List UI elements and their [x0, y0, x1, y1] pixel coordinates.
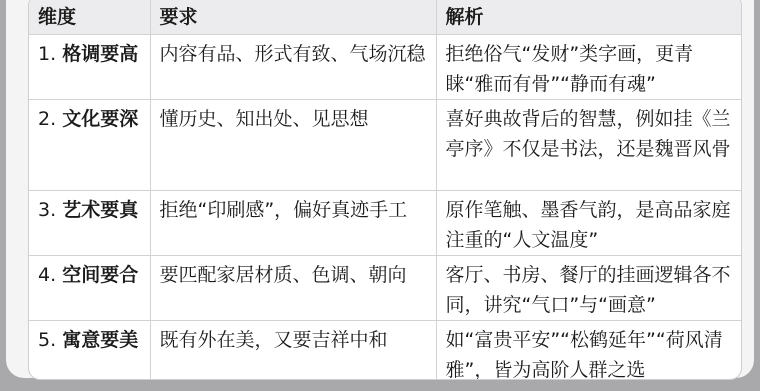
analysis-cell: 原作笔触、墨香气韵，是高品家庭注重的“人文温度”	[436, 191, 741, 256]
dimension-label: 艺术要真	[62, 199, 138, 221]
dimension-cell: 4. 空间要合	[29, 256, 150, 321]
row-number: 2.	[38, 108, 56, 130]
header-analysis: 解析	[436, 0, 741, 35]
header-row: 维度 要求 解析	[29, 0, 741, 35]
table-card: 维度 要求 解析 1. 格调要高 内容有品、形式有致、气场沉稳 拒绝俗气“发财”…	[28, 0, 742, 380]
dimension-label: 寓意要美	[62, 329, 138, 351]
dimension-cell: 2. 文化要深	[29, 100, 150, 191]
requirement-cell: 内容有品、形式有致、气场沉稳	[150, 35, 436, 100]
dimension-cell: 5. 寓意要美	[29, 321, 150, 381]
row-number: 3.	[38, 199, 56, 221]
criteria-table: 维度 要求 解析 1. 格调要高 内容有品、形式有致、气场沉稳 拒绝俗气“发财”…	[29, 0, 741, 380]
header-dimension: 维度	[29, 0, 150, 35]
dimension-cell: 1. 格调要高	[29, 35, 150, 100]
requirement-cell: 既有外在美，又要吉祥中和	[150, 321, 436, 381]
row-number: 5.	[38, 329, 56, 351]
requirement-cell: 懂历史、知出处、见思想	[150, 100, 436, 191]
row-number: 4.	[38, 264, 56, 286]
analysis-cell: 如“富贵平安”“松鹤延年”“荷风清雅”，皆为高阶人群之选	[436, 321, 741, 381]
table-row: 1. 格调要高 内容有品、形式有致、气场沉稳 拒绝俗气“发财”类字画，更青睐“雅…	[29, 35, 741, 100]
table-row: 4. 空间要合 要匹配家居材质、色调、朝向 客厅、书房、餐厅的挂画逻辑各不同，讲…	[29, 256, 741, 321]
dimension-label: 空间要合	[62, 264, 138, 286]
header-requirement: 要求	[150, 0, 436, 35]
analysis-cell: 喜好典故背后的智慧，例如挂《兰亭序》不仅是书法，还是魏晋风骨	[436, 100, 741, 191]
dimension-cell: 3. 艺术要真	[29, 191, 150, 256]
requirement-cell: 拒绝“印刷感”，偏好真迹手工	[150, 191, 436, 256]
dimension-label: 格调要高	[62, 43, 138, 65]
dimension-label: 文化要深	[62, 108, 138, 130]
analysis-cell: 客厅、书房、餐厅的挂画逻辑各不同，讲究“气口”与“画意”	[436, 256, 741, 321]
requirement-cell: 要匹配家居材质、色调、朝向	[150, 256, 436, 321]
table-row: 2. 文化要深 懂历史、知出处、见思想 喜好典故背后的智慧，例如挂《兰亭序》不仅…	[29, 100, 741, 191]
analysis-cell: 拒绝俗气“发财”类字画，更青睐“雅而有骨”“静而有魂”	[436, 35, 741, 100]
table-row: 5. 寓意要美 既有外在美，又要吉祥中和 如“富贵平安”“松鹤延年”“荷风清雅”…	[29, 321, 741, 381]
row-number: 1.	[38, 43, 56, 65]
table-row: 3. 艺术要真 拒绝“印刷感”，偏好真迹手工 原作笔触、墨香气韵，是高品家庭注重…	[29, 191, 741, 256]
